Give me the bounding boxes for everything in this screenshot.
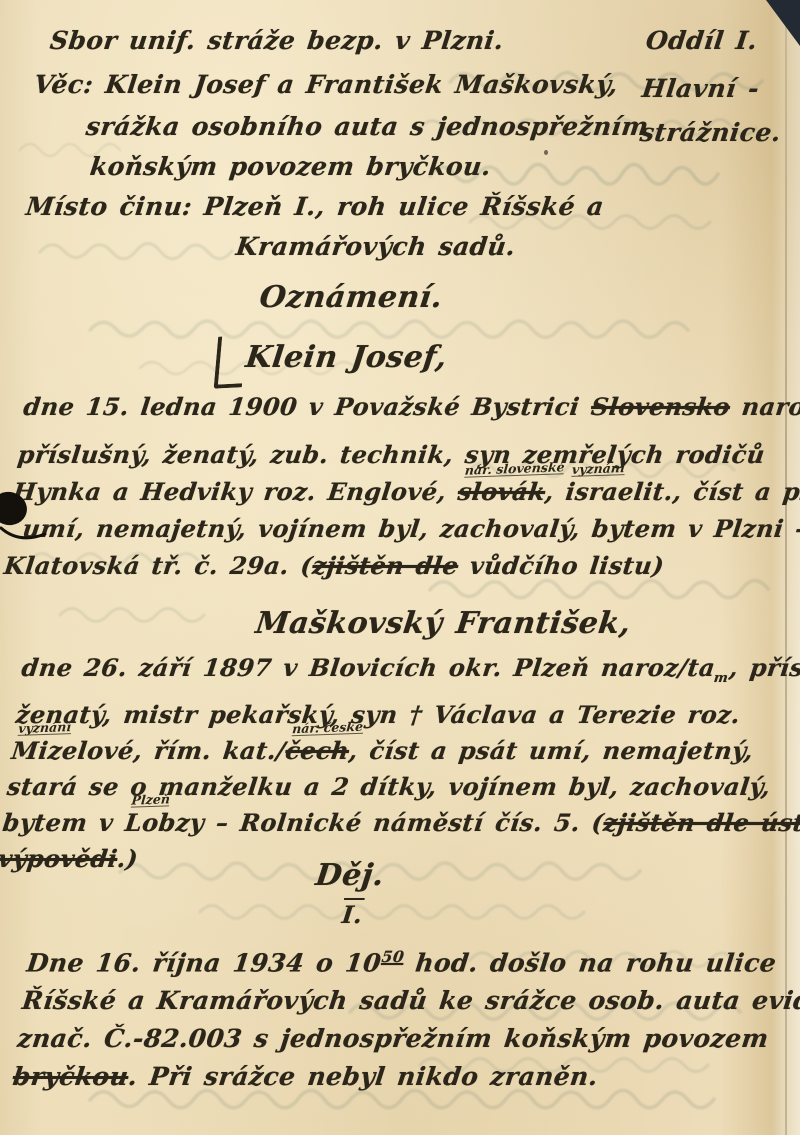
text-line: dne 15. ledna 1900 v Považské Bystrici S… [20, 388, 774, 436]
text-segment: . Při srážce nebyl nikdo zraněn. [127, 1062, 600, 1091]
text-segment: umí, nemajetný, vojínem byl, zachovalý, … [21, 514, 800, 543]
text-segment: Klatovská tř. č. 29a. ( [2, 551, 314, 580]
text-line: ženatý, mistr pekařský, syn † Václava a … [14, 697, 770, 733]
text-segment: dne 15. ledna 1900 v Považské Bystrici [22, 392, 593, 421]
text-line: bytem v LobzyPlzeň – Rolnické náměstí čí… [1, 805, 757, 841]
text-segment: , číst a psát [671, 477, 800, 506]
insertion-label: vyznání [18, 721, 72, 736]
text-line: stará se o manželku a 2 dítky, vojínem b… [5, 769, 761, 805]
person2-paragraph: dne 26. září 1897 v Blovicích okr. Plzeň… [0, 650, 776, 877]
text-segment: israelit.vyznání [564, 477, 675, 506]
text-line: znač. Č.-82.003 s jednospřežním koňským … [15, 1020, 765, 1058]
insertion-label: nár. slovenské [464, 461, 565, 477]
insertion-label: vyznání [572, 462, 626, 477]
text-segment: slováknár. slovenské [456, 477, 547, 506]
text-segment: zjištěn dle ústní [602, 808, 800, 837]
page-edge-shadow [785, 0, 787, 1135]
text-segment: LobzyPlzeň [123, 808, 206, 837]
subject-line1: Věc: Klein Josef a František Maškovský, [32, 70, 619, 99]
ink-blot-tail [0, 522, 48, 548]
text-segment: m [713, 671, 729, 686]
person2-heading: Maškovský František, [254, 606, 633, 641]
person1-paragraph: dne 15. ledna 1900 v Považské Bystrici S… [2, 388, 774, 584]
text-line: Říšské a Kramářových sadů ke srážce osob… [20, 982, 770, 1020]
narrative-paragraph: Dne 16. října 1934 o 1050 hod. došlo na … [11, 938, 775, 1096]
subject-line2: srážka osobního auta s jednospřežním [84, 112, 650, 141]
text-segment: čechnár. české [284, 736, 351, 765]
text-line: umí, nemajetný, vojínem byl, zachovalý, … [6, 510, 759, 547]
text-segment: Říšské a Kramářových sadů ke srážce osob… [21, 986, 800, 1015]
text-segment: výpovědi [0, 844, 119, 873]
text-segment: zjištěn dle [311, 551, 460, 580]
text-segment: naroz [728, 392, 800, 421]
section-label-line2: Hlavní - [640, 74, 760, 103]
text-segment: příslušný, ženatý, zub. technik, syn zem… [16, 440, 767, 469]
text-segment: Mizelové, řím. kat.vyznání [10, 736, 278, 765]
handwritten-report-page: Sbor unif. stráže bezp. v Plzni. Oddíl I… [0, 0, 800, 1135]
text-line: dne 26. září 1897 v Blovicích okr. Plzeň… [18, 650, 776, 697]
margin-bracket-mark [214, 335, 247, 388]
narrative-heading: Děj. [314, 858, 386, 893]
scene-line1: Místo činu: Plzeň I., roh ulice Říšské a [24, 192, 605, 221]
text-segment: stará se o manželku a 2 dítky, vojínem b… [5, 772, 772, 801]
text-segment: ženatý, mistr pekařský, syn † Václava a … [14, 700, 742, 729]
text-segment: .) [116, 844, 140, 873]
section-label-line3: strážnice. [638, 118, 782, 147]
person1-heading: Klein Josef, [244, 340, 449, 375]
text-segment: 50 [381, 947, 406, 966]
section-label-line1: Oddíl I. [644, 26, 759, 55]
insertion-label: nár. české [292, 721, 364, 736]
text-line: Klatovská tř. č. 29a. (zjištěn dle vůdčí… [2, 547, 755, 584]
text-segment: vůdčího listu) [457, 551, 666, 580]
text-segment: dne 26. září 1897 v Blovicích okr. Plzeň… [20, 653, 717, 682]
text-segment: hod. došlo na rohu ulice [402, 948, 778, 977]
text-segment: bytem v [1, 808, 127, 837]
text-segment: Dne 16. října 1934 o 10 [25, 948, 383, 977]
text-segment: znač. Č.-82.003 s jednospřežním koňským … [16, 1024, 770, 1053]
text-segment: Slovensko [589, 392, 731, 421]
text-line: Dne 16. října 1934 o 1050 hod. došlo na … [25, 938, 775, 982]
text-segment: bryčkou [11, 1062, 130, 1091]
roman-numeral: I. [340, 900, 364, 929]
document-title: Oznámení. [258, 280, 445, 315]
text-segment: – Rolnické náměstí čís. 5. ( [203, 808, 606, 837]
ink-speck [544, 150, 548, 155]
text-line: bryčkou. Při srážce nebyl nikdo zraněn. [11, 1058, 761, 1096]
narrative-numeral: I. [340, 900, 364, 929]
text-segment: Hynka a Hedviky roz. Englové, [12, 477, 460, 506]
text-segment: , přísl. [728, 653, 800, 682]
scene-line2: Kramářových sadů. [234, 232, 517, 261]
insertion-label: Plzeň [131, 793, 171, 807]
text-line: Hynka a Hedviky roz. Englové, slováknár.… [11, 473, 764, 510]
text-segment: , číst a psát umí, nemajetný, [347, 736, 755, 765]
subject-line3: koňským povozem bryčkou. [88, 152, 492, 181]
text-line: Mizelové, řím. kat.vyznání/čechnár. česk… [9, 733, 765, 769]
office-line: Sbor unif. stráže bezp. v Plzni. [48, 26, 505, 55]
text-line: příslušný, ženatý, zub. technik, syn zem… [16, 436, 769, 473]
